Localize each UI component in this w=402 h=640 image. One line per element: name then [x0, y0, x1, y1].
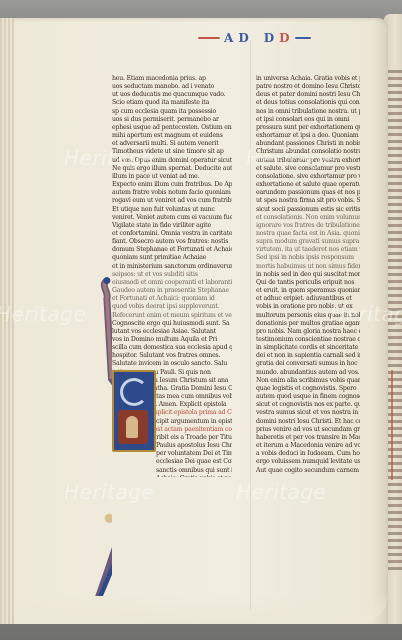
- text-line: ut spes nostra firma sit pro vobis. Scie…: [256, 197, 360, 205]
- text-line: Et utique non fuit voluntas ut nunc: [112, 206, 232, 214]
- text-line: a vobis deduci in Iudaeam. Cum hoc: [256, 450, 360, 458]
- text-line: uos seductam manebo. ad i venato: [112, 83, 232, 91]
- text-line: nos in omni tribulatione nostra. ut poss…: [256, 108, 360, 116]
- watermark: Heritage: [236, 480, 326, 504]
- running-head-letter: D: [264, 31, 275, 45]
- text-line: haberetis et per vos transire in Macedon…: [256, 434, 360, 442]
- text-line: ephesi usque ad pentecosten. Ostium enim: [112, 124, 232, 132]
- spiral-ornament-icon: [120, 378, 148, 406]
- text-line: vos in Domino multum Aquila et Pri: [112, 336, 232, 344]
- text-line: et eruit. in quem speramus quoniam: [256, 287, 360, 295]
- text-line: Aut quae cogito secundum carnem cogito u…: [256, 467, 360, 475]
- text-line: sicut et cognovistis nos ex parte. quia …: [256, 401, 360, 409]
- running-head-letter: D: [238, 31, 249, 45]
- text-line: Scio etiam quod ita manifeste ita: [112, 99, 232, 107]
- text-line: et Fortunati et Achaici: quoniam id: [112, 295, 232, 303]
- text-line: in simplicitate cordis et sinceritate: [256, 344, 360, 352]
- text-line: et confortamini. Omnia vestra in caritat…: [112, 230, 232, 238]
- text-line: Achaia. Gratia vobis et pax a Deo: [112, 475, 232, 477]
- running-head-letter: D: [279, 31, 290, 45]
- text-line: hospitor. Salutant vos fratres omnes.: [112, 352, 232, 360]
- text-line: Non enim alia scribimus vobis quam: [256, 377, 360, 385]
- text-line: gratia dei conversati sumus in hoc: [256, 360, 360, 368]
- text-line: sicut socii passionum estis sic eritis: [256, 206, 360, 214]
- text-line: et deus totius consolationis qui consola…: [256, 99, 360, 107]
- text-line: et iterum a Macedonia venire ad vos et: [256, 442, 360, 450]
- text-line: vestra sumus sicut et vos nostra in die: [256, 409, 360, 417]
- text-line: domini nostri Iesu Christi. Et hac confi…: [256, 418, 360, 426]
- watermark: Heritage: [246, 146, 336, 170]
- text-line: veniret. Veniet autem cum ei vacuum fuer…: [112, 214, 232, 222]
- text-line: autem quod usque in finem cognoscetis: [256, 393, 360, 401]
- text-line: ut uos deducatis me quacumque vado.: [112, 91, 232, 99]
- text-line: in nobis sed in deo qui suscitat mortuos…: [256, 271, 360, 279]
- text-line: et in ministerium sanctorum ordinaverunt: [112, 263, 232, 271]
- text-line: heu. Etiam macedonia prius. ap: [112, 75, 232, 83]
- text-line: in universa Achaia. Gratia vobis et pax …: [256, 75, 360, 83]
- facing-page-rubric-line: [391, 370, 393, 480]
- text-line: pro nobis. Nam gloria nostra haec est: [256, 328, 360, 336]
- text-line: earundem passionum quas et nos patimur.: [256, 189, 360, 197]
- text-line: ignorare vos fratres de tribulatione: [256, 222, 360, 230]
- text-line: Vigilate state in fide viriliter agite: [112, 222, 232, 230]
- watermark: Heritage: [330, 302, 402, 326]
- text-line: mortis habuimus ut non simus fidentes: [256, 263, 360, 271]
- text-line: eiusmodi et omni cooperanti et laboranti…: [112, 279, 232, 287]
- text-line: rogavi eum ut veniret ad vos cum fratrib…: [112, 197, 232, 205]
- text-line: Expecto enim illum cum fratribus. De Apo…: [112, 181, 232, 189]
- text-line: virtutem. ita ut taederet nos etiam vive…: [256, 246, 360, 254]
- text-line: et consolationis. Non enim volumus: [256, 214, 360, 222]
- watermark: Heritage: [0, 302, 86, 326]
- text-line: domum Stephanae et Fortunati et Achaici: [112, 246, 232, 254]
- text-line: lutant vos ecclesiae Asiae. Salutant: [112, 328, 232, 336]
- historiated-initial: [112, 370, 156, 452]
- text-line: exhortatione et salute quae operatur tol…: [256, 181, 360, 189]
- text-line: consolatione. sive exhortamur pro vestra: [256, 173, 360, 181]
- text-line: deus et pater domini nostri Iesu Christi…: [256, 91, 360, 99]
- text-line: sanctis omnibus qui sunt in: [112, 467, 232, 475]
- text-line: prius venire ad vos ut secundam gratiam: [256, 426, 360, 434]
- text-line: Qui de tantis periculis eripuit nos: [256, 279, 360, 287]
- text-line: mihi apertum est magnum et euidens: [112, 132, 232, 140]
- text-line: sp cum ecclesia quam ita possessio: [112, 108, 232, 116]
- text-line: dei et non in sapientia carnali sed in: [256, 352, 360, 360]
- text-line: Cognoscite ergo qui huiusmodi sunt. Sa: [112, 320, 232, 328]
- watermark: Heritage: [64, 480, 154, 504]
- text-line: Salutate invicem in osculo sancto. Salu: [112, 360, 232, 368]
- text-line: Sed ipsi in nobis ipsis responsum: [256, 254, 360, 262]
- flourish-right-icon: [295, 37, 311, 39]
- flourish-left-icon: [198, 37, 220, 39]
- text-line: et ipsi consolari eos qui in omni: [256, 116, 360, 124]
- text-line: Gaudeo autem in praesentia Stephanae: [112, 287, 232, 295]
- text-line: supra modum gravati sumus supra: [256, 238, 360, 246]
- text-line: pressura sunt per exhortationem qua: [256, 124, 360, 132]
- text-line: nostra quae facta est in Asia. quoniam: [256, 230, 360, 238]
- text-line: patre nostro et domino Iesu Christo. Ben…: [256, 83, 360, 91]
- text-line: mundo. abundantius autem ad vos.: [256, 369, 360, 377]
- text-line: scilla cum domestica sua ecclesia apud q…: [112, 344, 232, 352]
- running-head: A D D D: [198, 30, 311, 46]
- text-line: quod vobis deerat ipsi suppleverunt.: [112, 303, 232, 311]
- text-line: uos si dus permiserit. permanebo ar: [112, 116, 232, 124]
- saint-figure-icon: [126, 416, 138, 438]
- text-line: Refecerunt enim et meum spiritum et vest…: [112, 312, 232, 320]
- text-line: autem fratre vobis notum facio quoniam m…: [112, 189, 232, 197]
- text-line: quoniam sunt primitiae Achaiae: [112, 254, 232, 262]
- text-line: exhortamur et ipsi a deo. Quoniam sicut: [256, 132, 360, 140]
- text-line: fiant. Obsecro autem vos fratres: nostis: [112, 238, 232, 246]
- text-line: ecclesiae Dei quae est Corinthi cum: [112, 458, 232, 466]
- text-line: illum in pace ut veniat ad me.: [112, 173, 232, 181]
- watermark: Heritage: [64, 146, 154, 170]
- text-line: quae legistis et cognovistis. Spero: [256, 385, 360, 393]
- text-column-right: in universa Achaia. Gratia vobis et pax …: [256, 75, 360, 475]
- text-line: seipsos: ut et vos subditi sitis: [112, 271, 232, 279]
- column-ruling: [250, 40, 251, 610]
- page-curl: [0, 594, 388, 624]
- running-head-letter: A: [224, 31, 234, 45]
- text-line: ergo voluissem numquid levitate usus sum…: [256, 458, 360, 466]
- text-line: testimonium conscientiae nostrae quod: [256, 336, 360, 344]
